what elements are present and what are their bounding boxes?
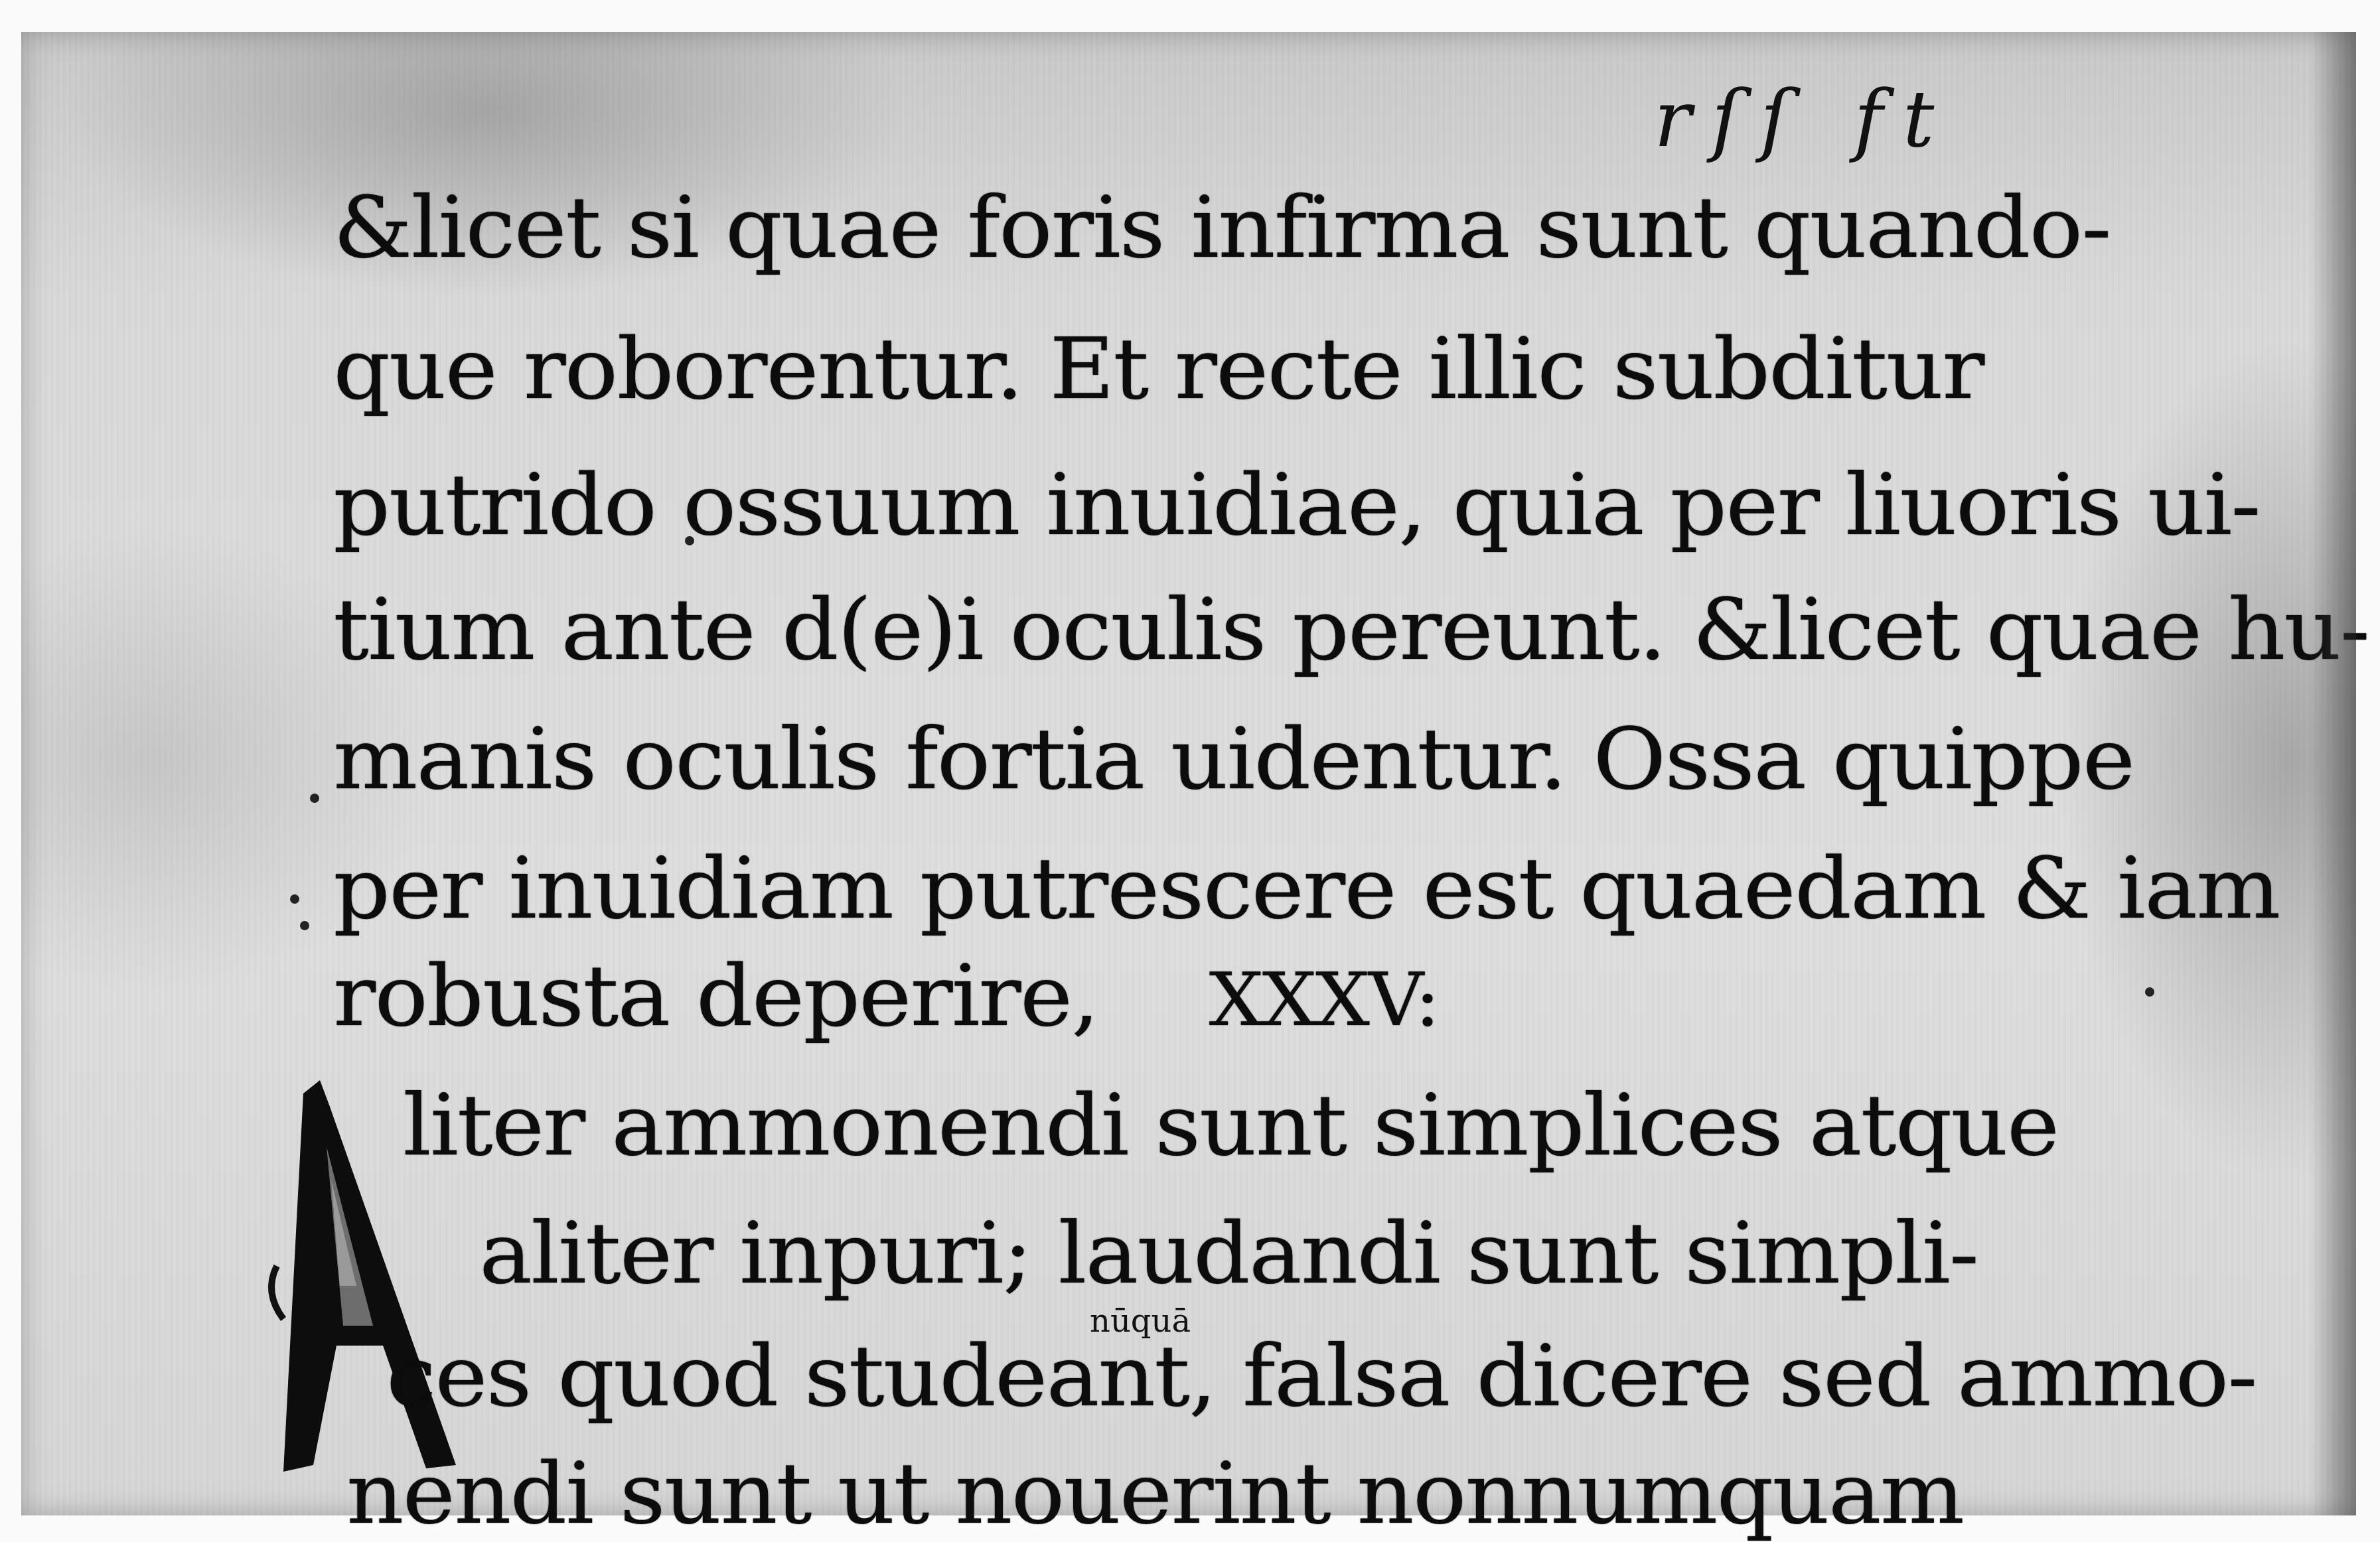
manuscript-line-8: liter ammonendi sunt simplices atque <box>403 1084 2058 1168</box>
marginal-note: rſſ ft <box>1654 73 1954 165</box>
manuscript-line-10: ces quod studeant, falsa dicere sed ammo… <box>386 1334 2257 1419</box>
manuscript-line-7: robusta deperire, XXXV: <box>333 954 1439 1039</box>
line-7-text: robusta deperire, <box>333 947 1098 1046</box>
manuscript-line-11: nendi sunt ut nouerint nonnumquam <box>346 1452 1963 1537</box>
manuscript-line-2: que roborentur. Et recte illic subditur <box>333 327 1983 412</box>
manuscript-line-1: &licet si quae foris infirma sunt quando… <box>333 186 2111 271</box>
manuscript-line-9: aliter inpuri; laudandi sunt simpli- <box>479 1212 1978 1297</box>
ink-dot <box>290 894 299 904</box>
ink-dot <box>310 794 319 803</box>
manuscript-line-6: per inuidiam putrescere est quaedam & ia… <box>333 847 2279 932</box>
manuscript-line-5: manis oculis fortia uidentur. Ossa quipp… <box>333 717 2134 802</box>
ink-dot <box>2145 987 2154 997</box>
manuscript-line-3: putrido ossuum inuidiae, quia per liuori… <box>333 463 2260 548</box>
manuscript-photograph: rſſ ft &licet si quae foris infirma sunt… <box>21 32 2356 1515</box>
ink-dot <box>300 921 309 930</box>
chapter-number: XXXV: <box>1209 957 1439 1042</box>
ink-dot <box>685 536 694 545</box>
manuscript-line-4: tium ante d(e)i oculis pereunt. &licet q… <box>333 588 2369 673</box>
